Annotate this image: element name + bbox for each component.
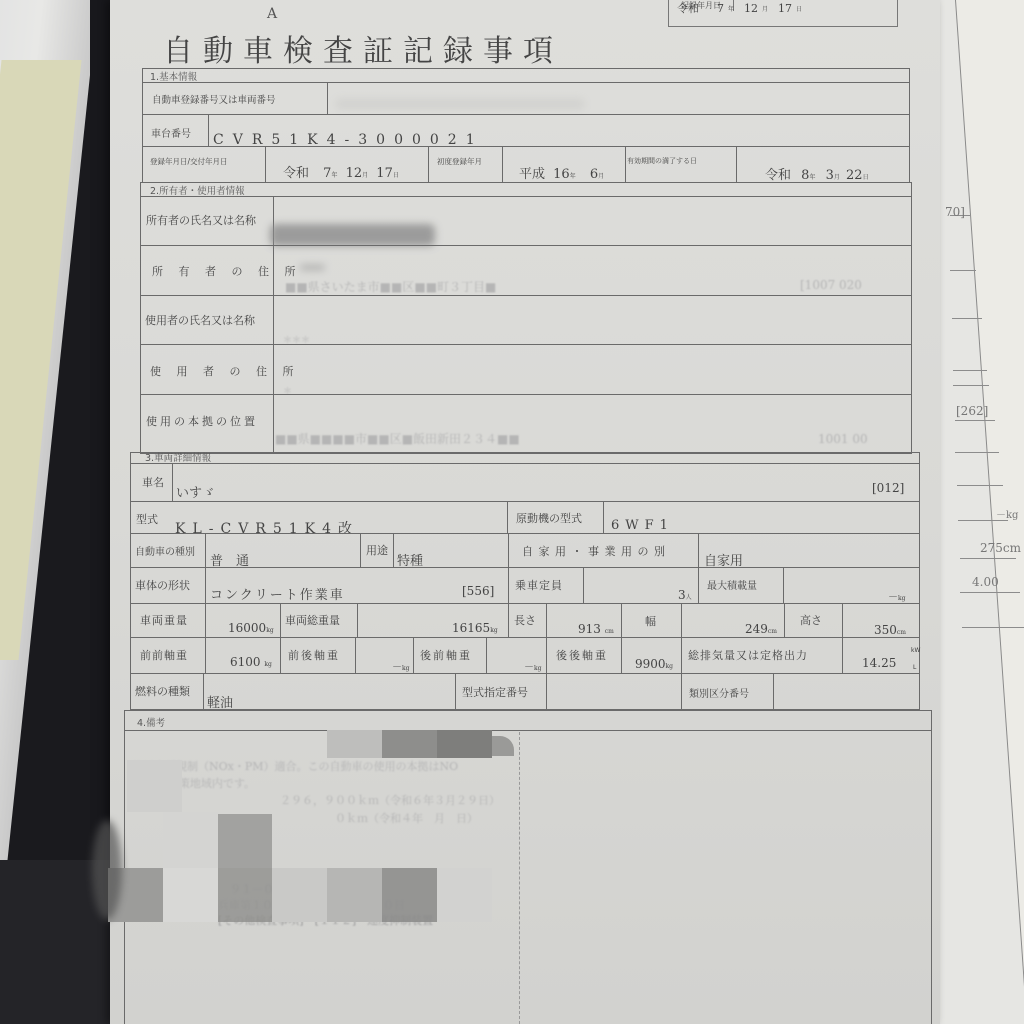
gross-weight-label: 車両総重量 [285,612,340,628]
engine-model-label: 原動機の型式 [516,510,582,526]
model-value: KL-CVR51K4改 [175,518,359,538]
redacted-registration-number [335,98,585,110]
car-name-code: [012] [872,481,904,495]
base-location-label: 使用の本拠の位置 [146,413,258,429]
height-value: 350cm [874,623,906,637]
user-name-label: 使用者の氏名又は名称 [145,312,255,328]
fuel-value: 軽油 [207,692,233,711]
front-front-axle-value: 6100 kg [230,655,272,669]
gross-weight-value: 16165kg [452,621,498,635]
section1-heading: 1.基本情報 [150,69,197,83]
first-registration-label: 初度登録年月 [437,156,482,167]
max-load-label: 最大積載量 [707,577,757,592]
vehicle-weight-value: 16000kg [228,621,274,635]
displacement-value: 14.25 [862,656,896,670]
record-date-value: 令和 7年 12月 17日 [669,0,802,16]
registration-date-value: 令和 7年 12月 17日 [283,162,399,181]
vehicle-type-label: 自動車の種別 [135,543,195,558]
rear-rear-axle-label: 後後軸重 [556,647,608,663]
rear-rear-axle-value: 9900kg [635,657,673,671]
section2-heading: 2.所有者・使用者情報 [150,183,245,197]
length-label: 長さ [514,612,536,628]
registration-date-label: 登録年月日/交付年月日 [150,156,228,167]
capacity-label: 乗車定員 [515,577,563,593]
car-name-label: 車名 [142,474,164,490]
type-designation-label: 型式指定番号 [462,684,528,700]
user-address-value: ＊ [283,384,292,397]
engine-model-value: 6WF1 [611,518,674,533]
owner-name-label: 所有者の氏名又は名称 [146,212,256,228]
front-rear-axle-label: 前後軸重 [288,647,340,663]
displacement-unit-kw: kW [911,647,920,654]
first-registration-value: 平成 16年 6月 [519,163,604,182]
width-label: 幅 [645,613,656,629]
capacity-value: 3人 [678,588,692,602]
base-location-code: 1001 00 [818,432,868,446]
expiry-label: 有効期間の満了する日 [627,156,697,166]
document-title: 自動車検査証記録事項 [163,26,563,70]
body-shape-label: 車体の形状 [135,577,190,593]
owner-address-label: 所 有 者 の 住 所 [152,263,301,279]
width-value: 249cm [745,622,777,636]
body-shape-code: [556] [462,584,494,598]
height-label: 高さ [800,612,822,628]
front-rear-axle-value: －kg [392,658,409,673]
displacement-label: 総排気量又は定格出力 [688,647,808,663]
record-date-box: 記録年月日 令和 7年 12月 17日 [668,0,898,27]
private-business-label: 自 家 用 ・ 事 業 用 の 別 [522,543,666,559]
body-shape-value: コンクリート作業車 [210,584,345,603]
chassis-number-label: 車台番号 [151,125,191,140]
user-address-label: 使 用 者 の 住 所 [150,363,299,379]
car-name-value: いすゞ [176,482,215,501]
redacted-base-location: ■■県■■■■市■■区■飯田新田２３４■■ [275,430,520,447]
front-front-axle-label: 前前軸重 [140,647,188,663]
rear-front-axle-label: 後前軸重 [420,647,472,663]
redacted-owner-address: ■■県さいたま市■■区■■町３丁目■ [285,278,496,295]
expiry-value: 令和 8年 3月 22日 [765,164,869,183]
model-label: 型式 [136,511,158,527]
section4-heading: 4.備考 [137,715,165,729]
fuel-label: 燃料の種類 [135,683,190,699]
category-number-label: 類別区分番号 [689,685,749,700]
vehicle-weight-label: 車両重量 [140,612,188,628]
usage-label: 用途 [366,542,388,558]
section3-heading: 3.車両詳細情報 [145,450,211,464]
redacted-owner-name [270,224,435,246]
max-load-value: －kg [888,588,905,603]
rear-front-axle-value: －kg [524,658,541,673]
inspection-certificate-form: A 自動車検査証記録事項 記録年月日 令和 7年 12月 17日 1.基本情報 … [0,0,1024,1024]
registration-number-label: 自動車登録番号又は車両番号 [152,92,276,106]
displacement-unit-l: L [913,664,916,671]
series-letter: A [267,6,277,22]
owner-address-code: [1007 020 [800,278,862,292]
length-value: 913 cm [578,622,614,636]
